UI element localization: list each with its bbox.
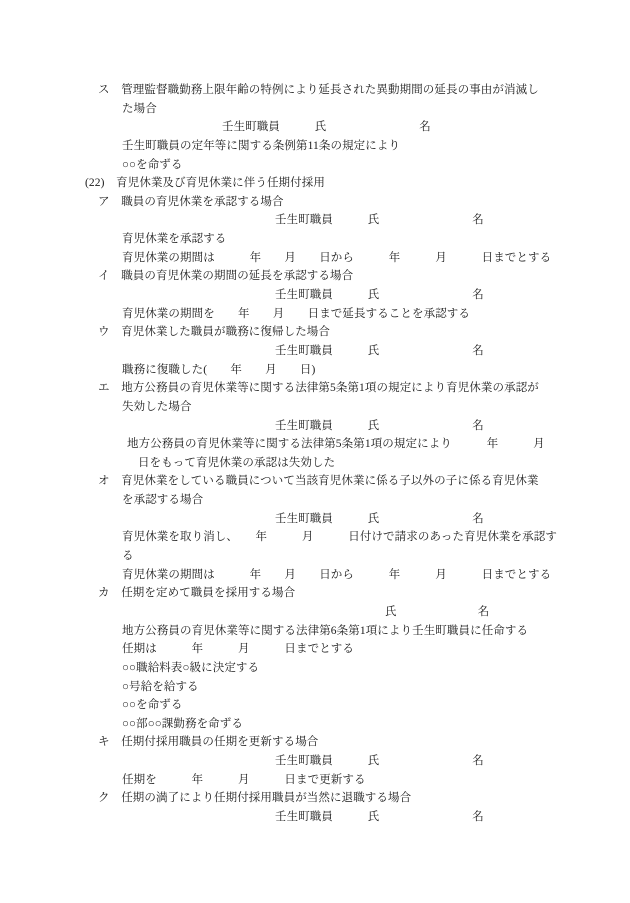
document-line: 壬生町職員 氏 名 xyxy=(0,417,630,436)
document-line: 育児休業の期間は 年 月 日から 年 月 日までとする xyxy=(0,249,630,268)
document-line: ○○職給料表○級に決定する xyxy=(0,659,630,678)
document-line: 職務に復職した( 年 月 日) xyxy=(0,361,630,380)
document-line: 失効した場合 xyxy=(0,398,630,417)
document-line: 壬生町職員 氏 名 xyxy=(0,752,630,771)
document-line: 壬生町職員 氏 名 xyxy=(0,118,630,137)
document-line: 任期を 年 月 日まで更新する xyxy=(0,771,630,790)
document-line: 育児休業を承認する xyxy=(0,230,630,249)
document-line: た場合 xyxy=(0,100,630,119)
document-line: ○○を命ずる xyxy=(0,156,630,175)
document-line: ク 任期の満了により任期付採用職員が当然に退職する場合 xyxy=(0,789,630,808)
document-line: 地方公務員の育児休業等に関する法律第6条第1項により壬生町職員に任命する xyxy=(0,622,630,641)
document-line: 壬生町職員 氏 名 xyxy=(0,211,630,230)
document-line: ○○部○○課勤務を命ずる xyxy=(0,715,630,734)
document-line: カ 任期を定めて職員を採用する場合 xyxy=(0,584,630,603)
document-line: 壬生町職員 氏 名 xyxy=(0,808,630,827)
document-line: ス 管理監督職勤務上限年齢の特例により延長された異動期間の延長の事由が消滅し xyxy=(0,81,630,100)
document-line: ア 職員の育児休業を承認する場合 xyxy=(0,193,630,212)
document-line: を承認する場合 xyxy=(0,491,630,510)
document-line: 壬生町職員 氏 名 xyxy=(0,510,630,529)
document-line: ○○を命ずる xyxy=(0,696,630,715)
document-line: 壬生町職員 氏 名 xyxy=(0,286,630,305)
document-line: 育児休業の期間を 年 月 日まで延長することを承認する xyxy=(0,305,630,324)
document-line: 任期は 年 月 日までとする xyxy=(0,640,630,659)
document-line: 育児休業を取り消し、 年 月 日付けで請求のあった育児休業を承認す xyxy=(0,528,630,547)
document-line: ○号給を給する xyxy=(0,678,630,697)
document-line: (22) 育児休業及び育児休業に伴う任期付採用 xyxy=(0,174,630,193)
document-line: 氏 名 xyxy=(0,603,630,622)
document-body: ス 管理監督職勤務上限年齢の特例により延長された異動期間の延長の事由が消滅した場… xyxy=(0,81,630,827)
document-line: ウ 育児休業した職員が職務に復帰した場合 xyxy=(0,323,630,342)
document-page: ス 管理監督職勤務上限年齢の特例により延長された異動期間の延長の事由が消滅した場… xyxy=(0,0,630,903)
document-line: オ 育児休業をしている職員について当該育児休業に係る子以外の子に係る育児休業 xyxy=(0,472,630,491)
document-line: 地方公務員の育児休業等に関する法律第5条第1項の規定により 年 月 xyxy=(0,435,630,454)
document-line: 育児休業の期間は 年 月 日から 年 月 日までとする xyxy=(0,566,630,585)
document-line: エ 地方公務員の育児休業等に関する法律第5条第1項の規定により育児休業の承認が xyxy=(0,379,630,398)
document-line: 壬生町職員の定年等に関する条例第11条の規定により xyxy=(0,137,630,156)
document-line: イ 職員の育児休業の期間の延長を承認する場合 xyxy=(0,267,630,286)
document-line: 日をもって育児休業の承認は失効した xyxy=(0,454,630,473)
document-line: る xyxy=(0,547,630,566)
document-line: 壬生町職員 氏 名 xyxy=(0,342,630,361)
document-line: キ 任期付採用職員の任期を更新する場合 xyxy=(0,733,630,752)
